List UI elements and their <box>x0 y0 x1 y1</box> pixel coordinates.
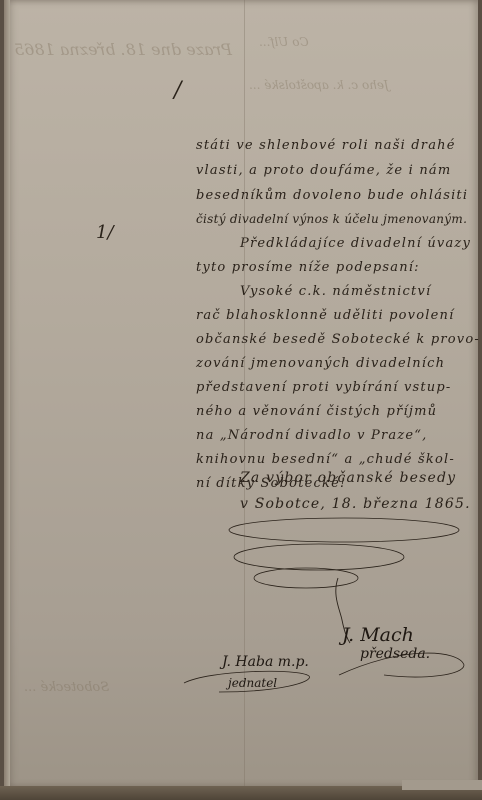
body-line: čistý divadelní výnos k účelu jmenovaným… <box>196 212 467 226</box>
body-line: tyto prosíme níže podepsaní: <box>196 260 420 275</box>
body-line: státi ve shlenbové roli naši drahé <box>196 138 456 153</box>
body-line: rač blahosklonně uděliti povolení <box>196 308 454 323</box>
margin-slash-mark: / <box>174 78 181 103</box>
body-line: Předkládajíce divadelní úvazy <box>240 236 471 251</box>
body-line: ného a věnování čistých příjmů <box>196 404 437 419</box>
body-line: občanské besedě Sobotecké k provo- <box>196 332 480 347</box>
body-line: zování jmenovaných divadelních <box>196 356 445 371</box>
body-line: na „Národní divadlo v Praze“, <box>196 428 427 443</box>
body-line: besedníkům dovoleno bude ohlásiti <box>196 188 468 203</box>
body-line: Vysoké c.k. náměstnictví <box>240 284 431 299</box>
bleed-through-date: Praze dne 18. března 1865 <box>14 40 232 59</box>
background-surface <box>0 786 482 800</box>
closing-line: Za výbor občanské besedy <box>240 470 456 486</box>
underlying-sheet <box>402 780 482 790</box>
bleed-through-line-2: Sobotecké ... <box>24 680 109 695</box>
bleed-through-header: Co Ulf... <box>259 35 309 49</box>
signature-title-chairman: předseda. <box>360 646 430 662</box>
secretary-flourish <box>179 668 319 698</box>
body-line: představení proti vybírání vstup- <box>196 380 452 395</box>
body-line: knihovnu besední“ a „chudé škol- <box>196 452 455 467</box>
document-page: Praze dne 18. března 1865 Co Ulf... Jeho… <box>4 0 478 788</box>
signature-name-chairman: J. Mach <box>342 624 414 646</box>
bleed-through-line: Jeho c. k. apoštolské ... <box>249 78 389 92</box>
margin-reference-mark: 1/ <box>96 222 114 243</box>
body-line: vlasti, a proto doufáme, že i nám <box>196 163 451 178</box>
closing-date: v Sobotce, 18. března 1865. <box>240 496 471 512</box>
